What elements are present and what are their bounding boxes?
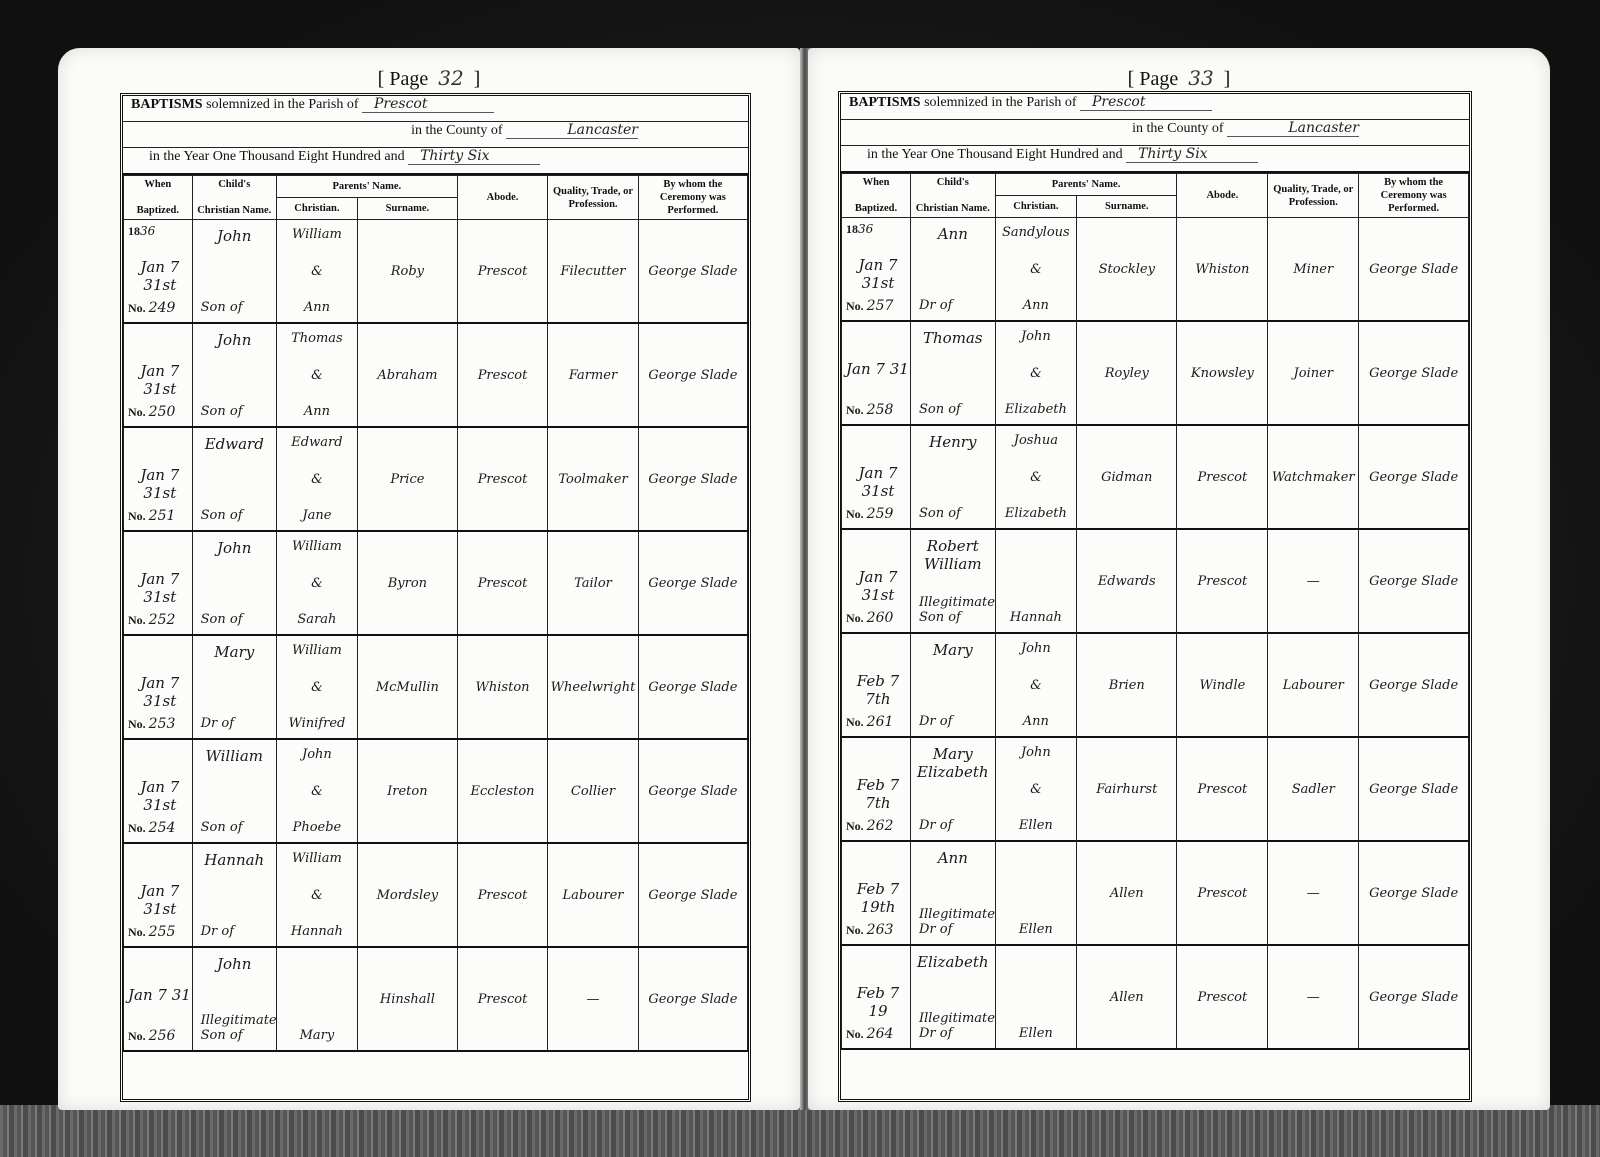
trade-cell: Collier xyxy=(548,739,638,843)
ampersand: & xyxy=(311,680,323,695)
officiant-cell: George Slade xyxy=(638,220,747,324)
mother-name: Elizabeth xyxy=(1005,506,1067,521)
abode-cell: Prescot xyxy=(457,947,547,1051)
entry-number: No.262 xyxy=(846,818,893,834)
year-line: in the Year One Thousand Eight Hundred a… xyxy=(123,148,748,175)
col-child-christian-name: Child'sChristian Name. xyxy=(192,176,276,220)
entry-number: No.260 xyxy=(846,610,893,626)
baptism-date: Feb 7 19 xyxy=(846,984,910,1020)
child-christian-name: William xyxy=(195,747,274,765)
child-christian-name: Edward xyxy=(195,435,274,453)
officiant-cell: George Slade xyxy=(1359,737,1469,841)
year-label: 1836 xyxy=(128,224,155,239)
child-relation: Son of xyxy=(913,506,993,521)
when-baptized-cell: Jan 7 31stNo.251 xyxy=(124,427,193,531)
child-name-cell: MaryDr of xyxy=(910,633,995,737)
parent-christian-cell: Ellen xyxy=(995,945,1077,1049)
child-relation: Son of xyxy=(195,404,274,419)
mother-name: Ann xyxy=(304,404,330,419)
officiant-cell: George Slade xyxy=(638,427,747,531)
county-value: Lancaster xyxy=(506,122,638,139)
child-christian-name: John xyxy=(195,331,274,349)
register-entry-row: Jan 7 31stNo.250JohnSon ofThomas&AnnAbra… xyxy=(124,323,748,427)
abode-cell: Prescot xyxy=(1177,737,1268,841)
officiant-cell: George Slade xyxy=(1359,529,1469,633)
officiant-cell: George Slade xyxy=(1359,945,1469,1049)
baptism-date: Jan 7 31st xyxy=(846,464,910,500)
when-baptized-cell: Jan 7 31stNo.250 xyxy=(124,323,193,427)
mother-name: Sarah xyxy=(297,612,336,627)
father-name: William xyxy=(292,643,342,658)
officiant-cell: George Slade xyxy=(1359,425,1469,529)
mother-name: Hannah xyxy=(291,924,343,939)
baptism-date: Jan 7 31st xyxy=(128,674,192,710)
parent-christian-cell: Ellen xyxy=(995,841,1077,945)
col-parent-christian: Christian. xyxy=(276,198,357,220)
child-relation: Dr of xyxy=(913,818,993,833)
entry-number: No.251 xyxy=(128,508,175,524)
register-entry-row: Jan 7 31stNo.252JohnSon ofWilliam&SarahB… xyxy=(124,531,748,635)
register-entry-row: Feb 7 19No.264ElizabethIllegitimate Dr o… xyxy=(842,945,1469,1049)
child-christian-name: Elizabeth xyxy=(913,953,993,971)
register-entry-row: Jan 7 31No.258ThomasSon ofJohn&Elizabeth… xyxy=(842,321,1469,425)
surname-cell: McMullin xyxy=(357,635,457,739)
surname-cell: Mordsley xyxy=(357,843,457,947)
mother-name: Hannah xyxy=(1010,610,1062,625)
abode-cell: Prescot xyxy=(457,220,547,324)
surname-cell: Abraham xyxy=(357,323,457,427)
child-name-cell: JohnIllegitimate Son of xyxy=(192,947,276,1051)
surname-cell: Edwards xyxy=(1077,529,1177,633)
county-line: in the County of Lancaster xyxy=(841,120,1469,146)
abode-cell: Prescot xyxy=(1177,945,1268,1049)
officiant-cell: George Slade xyxy=(638,323,747,427)
county-line: in the County of Lancaster xyxy=(123,122,748,148)
surname-cell: Royley xyxy=(1077,321,1177,425)
register-table: WhenBaptized. Child'sChristian Name. Par… xyxy=(841,173,1469,1050)
child-relation: Dr of xyxy=(913,298,993,313)
ampersand: & xyxy=(311,368,323,383)
when-baptized-cell: Feb 7 19thNo.263 xyxy=(842,841,911,945)
baptism-date: Feb 7 7th xyxy=(846,776,910,812)
parent-christian-cell: William&Hannah xyxy=(276,843,357,947)
officiant-cell: George Slade xyxy=(1359,841,1469,945)
child-christian-name: Mary xyxy=(913,641,993,659)
surname-cell: Fairhurst xyxy=(1077,737,1177,841)
label-text: Page xyxy=(1139,68,1178,90)
col-parent-surname: Surname. xyxy=(1077,196,1177,218)
col-parents-name: Parents' Name. xyxy=(995,174,1177,196)
col-child-christian-name: Child'sChristian Name. xyxy=(910,174,995,218)
parent-christian-cell: Joshua&Elizabeth xyxy=(995,425,1077,529)
col-when-baptized: WhenBaptized. xyxy=(842,174,911,218)
col-parent-christian: Christian. xyxy=(995,196,1077,218)
year-value: Thirty Six xyxy=(408,148,540,165)
baptism-date: Jan 7 31st xyxy=(128,258,192,294)
child-christian-name: Ann xyxy=(913,849,993,867)
trade-cell: Tailor xyxy=(548,531,638,635)
child-name-cell: MaryDr of xyxy=(192,635,276,739)
child-christian-name: John xyxy=(195,955,274,973)
ampersand: & xyxy=(1030,262,1042,277)
mother-name: Phoebe xyxy=(293,820,342,835)
parent-christian-cell: William&Sarah xyxy=(276,531,357,635)
col-abode: Abode. xyxy=(457,176,547,220)
col-quality-trade: Quality, Trade, or Profession. xyxy=(548,176,638,220)
trade-cell: Joiner xyxy=(1268,321,1359,425)
baptism-date: Feb 7 19th xyxy=(846,880,910,916)
officiant-cell: George Slade xyxy=(638,739,747,843)
abode-cell: Prescot xyxy=(457,323,547,427)
child-name-cell: WilliamSon of xyxy=(192,739,276,843)
when-baptized-cell: Jan 7 31stNo.254 xyxy=(124,739,193,843)
parish-line: BAPTISMS solemnized in the Parish of Pre… xyxy=(841,94,1469,120)
father-name: John xyxy=(1021,745,1051,760)
ampersand: & xyxy=(311,888,323,903)
baptism-date: Jan 7 31st xyxy=(128,362,192,398)
child-christian-name: Mary xyxy=(195,643,274,661)
parent-christian-cell: William&Winifred xyxy=(276,635,357,739)
abode-cell: Whiston xyxy=(1177,218,1268,322)
when-baptized-cell: Jan 7 31stNo.259 xyxy=(842,425,911,529)
child-christian-name: Robert William xyxy=(913,537,993,573)
label-text: Christian Name. xyxy=(197,205,271,216)
register-entry-row: Jan 7 31stNo.260Robert WilliamIllegitima… xyxy=(842,529,1469,633)
entry-number: No.252 xyxy=(128,612,175,628)
parent-christian-cell: William&Ann xyxy=(276,220,357,324)
when-baptized-cell: Jan 7 31No.258 xyxy=(842,321,911,425)
baptism-date: Jan 7 31 xyxy=(128,986,191,1004)
label-text: BAPTISMS xyxy=(849,95,921,110)
register-entry-row: 1836Jan 7 31stNo.249JohnSon ofWilliam&An… xyxy=(124,220,748,324)
child-name-cell: Robert WilliamIllegitimate Son of xyxy=(910,529,995,633)
baptism-date: Jan 7 31st xyxy=(128,882,192,918)
parish-line: BAPTISMS solemnized in the Parish of Pre… xyxy=(123,96,748,122)
abode-cell: Prescot xyxy=(457,843,547,947)
baptism-date: Jan 7 31st xyxy=(846,568,910,604)
child-christian-name: John xyxy=(195,539,274,557)
surname-cell: Price xyxy=(357,427,457,531)
surname-cell: Allen xyxy=(1077,945,1177,1049)
child-relation: Dr of xyxy=(913,714,993,729)
parent-christian-cell: John&Ellen xyxy=(995,737,1077,841)
trade-cell: Farmer xyxy=(548,323,638,427)
label-text: in the Year One Thousand Eight Hundred a… xyxy=(867,147,1123,162)
col-by-whom: By whom the Ceremony was Performed. xyxy=(1359,174,1469,218)
parent-christian-cell: Thomas&Ann xyxy=(276,323,357,427)
trade-cell: Wheelwright xyxy=(548,635,638,739)
baptism-date: Jan 7 31st xyxy=(128,570,192,606)
year-label: 1836 xyxy=(846,222,873,237)
ampersand: & xyxy=(1030,470,1042,485)
child-name-cell: AnnIllegitimate Dr of xyxy=(910,841,995,945)
child-name-cell: ElizabethIllegitimate Dr of xyxy=(910,945,995,1049)
register-entry-row: Jan 7 31stNo.259HenrySon ofJoshua&Elizab… xyxy=(842,425,1469,529)
label-text: When xyxy=(144,179,171,190)
surname-cell: Allen xyxy=(1077,841,1177,945)
page-number-heading: [ Page33] xyxy=(808,66,1550,91)
col-parent-surname: Surname. xyxy=(357,198,457,220)
child-christian-name: Hannah xyxy=(195,851,274,869)
trade-cell: Miner xyxy=(1268,218,1359,322)
parish-value: Prescot xyxy=(362,96,494,113)
col-abode: Abode. xyxy=(1177,174,1268,218)
mother-name: Ann xyxy=(304,300,330,315)
label-text: When xyxy=(863,177,890,188)
year-value: Thirty Six xyxy=(1126,146,1258,163)
mother-name: Jane xyxy=(302,508,331,523)
abode-cell: Whiston xyxy=(457,635,547,739)
father-name: William xyxy=(292,227,342,242)
when-baptized-cell: 1836Jan 7 31stNo.257 xyxy=(842,218,911,322)
officiant-cell: George Slade xyxy=(1359,633,1469,737)
child-name-cell: Mary ElizabethDr of xyxy=(910,737,995,841)
child-relation: Son of xyxy=(195,820,274,835)
surname-cell: Ireton xyxy=(357,739,457,843)
officiant-cell: George Slade xyxy=(1359,321,1469,425)
child-name-cell: EdwardSon of xyxy=(192,427,276,531)
father-name: John xyxy=(1021,641,1051,656)
register-entry-row: Jan 7 31stNo.254WilliamSon ofJohn&Phoebe… xyxy=(124,739,748,843)
baptism-date: Jan 7 31st xyxy=(128,466,192,502)
child-christian-name: Thomas xyxy=(913,329,993,347)
register-entry-row: Jan 7 31No.256JohnIllegitimate Son ofMar… xyxy=(124,947,748,1051)
child-name-cell: JohnSon of xyxy=(192,531,276,635)
register-entry-row: Jan 7 31stNo.251EdwardSon ofEdward&JaneP… xyxy=(124,427,748,531)
register-entry-row: Feb 7 19thNo.263AnnIllegitimate Dr ofEll… xyxy=(842,841,1469,945)
mother-name: Ellen xyxy=(1019,818,1053,833)
surname-cell: Gidman xyxy=(1077,425,1177,529)
mother-name: Ann xyxy=(1023,714,1049,729)
mother-name: Ellen xyxy=(1019,1026,1053,1041)
baptism-date: Jan 7 31st xyxy=(846,256,910,292)
trade-cell: Toolmaker xyxy=(548,427,638,531)
baptism-date: Feb 7 7th xyxy=(846,672,910,708)
when-baptized-cell: Jan 7 31No.256 xyxy=(124,947,193,1051)
child-relation: Illegitimate Dr of xyxy=(913,1011,993,1041)
baptism-date: Jan 7 31st xyxy=(128,778,192,814)
officiant-cell: George Slade xyxy=(638,635,747,739)
label-text: in the Year One Thousand Eight Hundred a… xyxy=(149,149,405,164)
child-relation: Illegitimate Son of xyxy=(195,1013,274,1043)
ampersand: & xyxy=(1030,366,1042,381)
when-baptized-cell: Feb 7 7thNo.262 xyxy=(842,737,911,841)
label-text: Page xyxy=(389,68,428,90)
register-entry-row: Jan 7 31stNo.255HannahDr ofWilliam&Hanna… xyxy=(124,843,748,947)
father-name: John xyxy=(302,747,332,762)
register-page-right: [ Page33] BAPTISMS solemnized in the Par… xyxy=(808,48,1550,1110)
surname-cell: Stockley xyxy=(1077,218,1177,322)
surname-cell: Roby xyxy=(357,220,457,324)
child-name-cell: HannahDr of xyxy=(192,843,276,947)
child-name-cell: AnnDr of xyxy=(910,218,995,322)
when-baptized-cell: Jan 7 31stNo.255 xyxy=(124,843,193,947)
officiant-cell: George Slade xyxy=(1359,218,1469,322)
abode-cell: Prescot xyxy=(457,427,547,531)
baptism-register-form: BAPTISMS solemnized in the Parish of Pre… xyxy=(120,93,751,1102)
entry-number: No.254 xyxy=(128,820,175,836)
officiant-cell: George Slade xyxy=(638,843,747,947)
label-text: Child's xyxy=(218,179,250,190)
label-text: 32 xyxy=(438,66,463,90)
ampersand: & xyxy=(311,784,323,799)
surname-cell: Byron xyxy=(357,531,457,635)
label-text: solemnized in the Parish of xyxy=(206,97,358,112)
surname-cell: Hinshall xyxy=(357,947,457,1051)
parent-christian-cell: Sandylous&Ann xyxy=(995,218,1077,322)
register-entry-row: Feb 7 7thNo.262Mary ElizabethDr ofJohn&E… xyxy=(842,737,1469,841)
register-entry-row: Jan 7 31stNo.253MaryDr ofWilliam&Winifre… xyxy=(124,635,748,739)
entry-number: No.253 xyxy=(128,716,175,732)
col-by-whom: By whom the Ceremony was Performed. xyxy=(638,176,747,220)
father-name: Edward xyxy=(291,435,342,450)
abode-cell: Prescot xyxy=(1177,529,1268,633)
entry-number: No.249 xyxy=(128,300,175,316)
label-text: in the County of xyxy=(1132,121,1223,136)
child-name-cell: JohnSon of xyxy=(192,220,276,324)
ampersand: & xyxy=(311,472,323,487)
page-number-heading: [ Page32] xyxy=(58,66,800,91)
col-when-baptized: WhenBaptized. xyxy=(124,176,193,220)
ampersand: & xyxy=(1030,678,1042,693)
year-line: in the Year One Thousand Eight Hundred a… xyxy=(841,146,1469,173)
surname-cell: Brien xyxy=(1077,633,1177,737)
when-baptized-cell: Jan 7 31stNo.260 xyxy=(842,529,911,633)
parent-christian-cell: John&Phoebe xyxy=(276,739,357,843)
baptism-register-form: BAPTISMS solemnized in the Parish of Pre… xyxy=(838,91,1472,1102)
officiant-cell: George Slade xyxy=(638,531,747,635)
when-baptized-cell: 1836Jan 7 31stNo.249 xyxy=(124,220,193,324)
entry-number: No.250 xyxy=(128,404,175,420)
trade-cell: — xyxy=(1268,945,1359,1049)
col-quality-trade: Quality, Trade, or Profession. xyxy=(1268,174,1359,218)
child-christian-name: Mary Elizabeth xyxy=(913,745,993,781)
trade-cell: — xyxy=(1268,529,1359,633)
father-name: William xyxy=(292,539,342,554)
child-christian-name: Ann xyxy=(913,225,993,243)
child-christian-name: John xyxy=(195,227,274,245)
entry-number: No.256 xyxy=(128,1028,175,1044)
col-parents-name: Parents' Name. xyxy=(276,176,457,198)
abode-cell: Prescot xyxy=(457,531,547,635)
parent-christian-cell: Mary xyxy=(276,947,357,1051)
label-text: Baptized. xyxy=(855,203,897,214)
child-relation: Son of xyxy=(195,300,274,315)
label-text: in the County of xyxy=(411,123,502,138)
mother-name: Ellen xyxy=(1019,922,1053,937)
entry-number: No.263 xyxy=(846,922,893,938)
baptism-date: Jan 7 31 xyxy=(846,360,909,378)
parent-christian-cell: John&Elizabeth xyxy=(995,321,1077,425)
parish-value: Prescot xyxy=(1080,94,1212,111)
father-name: Thomas xyxy=(291,331,343,346)
trade-cell: Labourer xyxy=(548,843,638,947)
child-relation: Son of xyxy=(195,612,274,627)
parent-christian-cell: Edward&Jane xyxy=(276,427,357,531)
entry-number: No.259 xyxy=(846,506,893,522)
trade-cell: — xyxy=(548,947,638,1051)
when-baptized-cell: Feb 7 7thNo.261 xyxy=(842,633,911,737)
child-name-cell: HenrySon of xyxy=(910,425,995,529)
parent-christian-cell: Hannah xyxy=(995,529,1077,633)
book-edge xyxy=(0,1105,1600,1157)
officiant-cell: George Slade xyxy=(638,947,747,1051)
child-relation: Illegitimate Dr of xyxy=(913,907,993,937)
child-relation: Son of xyxy=(913,402,993,417)
entry-number: No.257 xyxy=(846,298,893,314)
entry-number: No.261 xyxy=(846,714,893,730)
register-entry-row: 1836Jan 7 31stNo.257AnnDr ofSandylous&An… xyxy=(842,218,1469,322)
father-name: William xyxy=(292,851,342,866)
when-baptized-cell: Jan 7 31stNo.253 xyxy=(124,635,193,739)
ampersand: & xyxy=(311,576,323,591)
trade-cell: Filecutter xyxy=(548,220,638,324)
mother-name: Winifred xyxy=(288,716,345,731)
ampersand: & xyxy=(311,264,323,279)
register-page-left: [ Page32] BAPTISMS solemnized in the Par… xyxy=(58,48,800,1110)
trade-cell: Sadler xyxy=(1268,737,1359,841)
mother-name: Elizabeth xyxy=(1005,402,1067,417)
county-value: Lancaster xyxy=(1227,120,1359,137)
label-text: BAPTISMS xyxy=(131,97,203,112)
abode-cell: Windle xyxy=(1177,633,1268,737)
label-text: solemnized in the Parish of xyxy=(924,95,1076,110)
child-name-cell: JohnSon of xyxy=(192,323,276,427)
father-name: Sandylous xyxy=(1002,225,1070,240)
abode-cell: Eccleston xyxy=(457,739,547,843)
label-text: Christian Name. xyxy=(916,203,990,214)
register-entry-row: Feb 7 7thNo.261MaryDr ofJohn&AnnBrienWin… xyxy=(842,633,1469,737)
child-christian-name: Henry xyxy=(913,433,993,451)
label-text: Baptized. xyxy=(137,205,179,216)
ampersand: & xyxy=(1030,782,1042,797)
child-name-cell: ThomasSon of xyxy=(910,321,995,425)
father-name: John xyxy=(1021,329,1051,344)
abode-cell: Knowsley xyxy=(1177,321,1268,425)
child-relation: Dr of xyxy=(195,716,274,731)
mother-name: Mary xyxy=(300,1028,335,1043)
trade-cell: Watchmaker xyxy=(1268,425,1359,529)
child-relation: Dr of xyxy=(195,924,274,939)
abode-cell: Prescot xyxy=(1177,841,1268,945)
mother-name: Ann xyxy=(1023,298,1049,313)
when-baptized-cell: Jan 7 31stNo.252 xyxy=(124,531,193,635)
parent-christian-cell: John&Ann xyxy=(995,633,1077,737)
father-name: Joshua xyxy=(1014,433,1058,448)
abode-cell: Prescot xyxy=(1177,425,1268,529)
child-relation: Illegitimate Son of xyxy=(913,595,993,625)
register-table: WhenBaptized. Child'sChristian Name. Par… xyxy=(123,175,748,1052)
child-relation: Son of xyxy=(195,508,274,523)
label-text: Child's xyxy=(937,177,969,188)
entry-number: No.264 xyxy=(846,1026,893,1042)
trade-cell: — xyxy=(1268,841,1359,945)
label-text: 33 xyxy=(1188,66,1213,90)
entry-number: No.258 xyxy=(846,402,893,418)
entry-number: No.255 xyxy=(128,924,175,940)
trade-cell: Labourer xyxy=(1268,633,1359,737)
when-baptized-cell: Feb 7 19No.264 xyxy=(842,945,911,1049)
